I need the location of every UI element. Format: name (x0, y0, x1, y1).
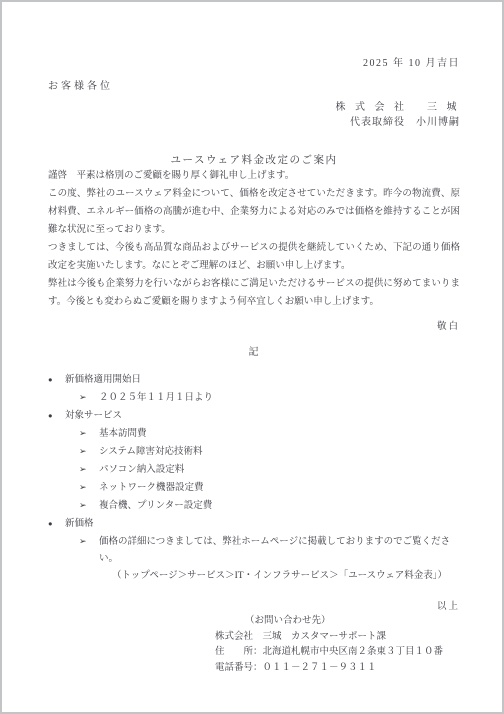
greeting-line: 謹啓 平素は格別のご愛顧を賜り厚く御礼申し上げます。 (48, 167, 460, 185)
sender-company: 株 式 会 社 三 城 (48, 101, 460, 116)
closing-word: 敬白 (48, 318, 460, 332)
sender-representative: 代表取締役 小川博嗣 (48, 116, 460, 131)
contact-heading: （お問い合わせ先） (245, 614, 460, 630)
sub-list-item-label: 価格の詳細につきましては、弊社ホームページに掲載しておりますのでご覧ください。 (99, 534, 460, 568)
sender-block: 株 式 会 社 三 城 代表取締役 小川博嗣 (48, 101, 460, 130)
arrow-bullet-icon: ➢ (79, 533, 99, 550)
arrow-bullet-icon: ➢ (79, 389, 99, 406)
list-item-label: 新価格 (65, 516, 94, 533)
list-item: ● 対象サービス (48, 407, 460, 425)
arrow-bullet-icon: ➢ (79, 443, 99, 460)
contact-block: （お問い合わせ先） 株式会社 三城 カスタマーサポート課 住 所：北海道札幌市中… (215, 614, 460, 676)
sub-list-item: ➢ パソコン納入設定料 (79, 461, 460, 479)
arrow-bullet-icon: ➢ (79, 425, 99, 442)
contact-company: 株式会社 三城 カスタマーサポート課 (215, 630, 460, 646)
sub-list-item: ➢ ネットワーク機器設定費 (79, 479, 460, 497)
sub-list-item: ➢ システム障害対応技術料 (79, 443, 460, 461)
contact-phone: 電話番号：０１１－２７１－９３１１ (215, 661, 460, 677)
document-title: ユースウェア料金改定のご案内 (48, 152, 460, 167)
sub-list-item-label: パソコン納入設定料 (99, 462, 184, 479)
sub-list-item-label: システム障害対応技術料 (99, 444, 203, 461)
document-date: 2025 年 10 月吉日 (48, 54, 460, 69)
notice-marker: 記 (48, 343, 460, 358)
sub-list-item: ➢ 複合機、プリンター設定費 (79, 497, 460, 515)
recipient: お客様各位 (48, 77, 460, 92)
list-item: ● 新価格 (48, 515, 460, 533)
arrow-bullet-icon: ➢ (79, 479, 99, 496)
bullet-icon: ● (48, 407, 65, 424)
arrow-bullet-icon: ➢ (79, 461, 99, 478)
sub-list-item: ➢ ２０２５年１１月１日より (79, 389, 460, 407)
sub-list-item-label: 基本訪問費 (99, 426, 147, 443)
bullet-icon: ● (48, 515, 65, 532)
bullet-icon: ● (48, 371, 65, 388)
list-item: ● 新価格適用開始日 (48, 371, 460, 389)
body-paragraph-2: つきましては、今後も高品質な商品およびサービスの提供を継続していくため、下記の通… (48, 239, 460, 275)
end-marker: 以上 (48, 598, 460, 612)
notice-list: ● 新価格適用開始日 ➢ ２０２５年１１月１日より ● 対象サービス ➢ 基本訪… (48, 371, 460, 585)
sub-list-item-label: ２０２５年１１月１日より (99, 390, 213, 407)
list-item-label: 新価格適用開始日 (65, 372, 141, 389)
sub-list-item-label: ネットワーク機器設定費 (99, 480, 204, 497)
arrow-bullet-icon: ➢ (79, 497, 99, 514)
body-paragraph-3: 弊社は今後も企業努力を行いながらお客様にご満足いただけるサービスの提供に努めてま… (48, 275, 460, 311)
sub-list-item-label: 複合機、プリンター設定費 (99, 498, 212, 515)
sub-list-item: ➢ 基本訪問費 (79, 425, 460, 443)
sub-list-item: ➢ 価格の詳細につきましては、弊社ホームページに掲載しておりますのでご覧ください… (79, 533, 460, 568)
homepage-path-note: （トップページ＞サービス＞IT・インフラサービス＞「ユースウェア料金表」） (112, 568, 460, 585)
document-page: 2025 年 10 月吉日 お客様各位 株 式 会 社 三 城 代表取締役 小川… (0, 0, 504, 714)
contact-address: 住 所：北海道札幌市中央区南２条東３丁目１０番 (215, 645, 460, 661)
list-item-label: 対象サービス (65, 408, 122, 425)
body-paragraph-1: この度、弊社のユースウェア料金について、価格を改定させていただきます。昨今の物流… (48, 185, 460, 239)
